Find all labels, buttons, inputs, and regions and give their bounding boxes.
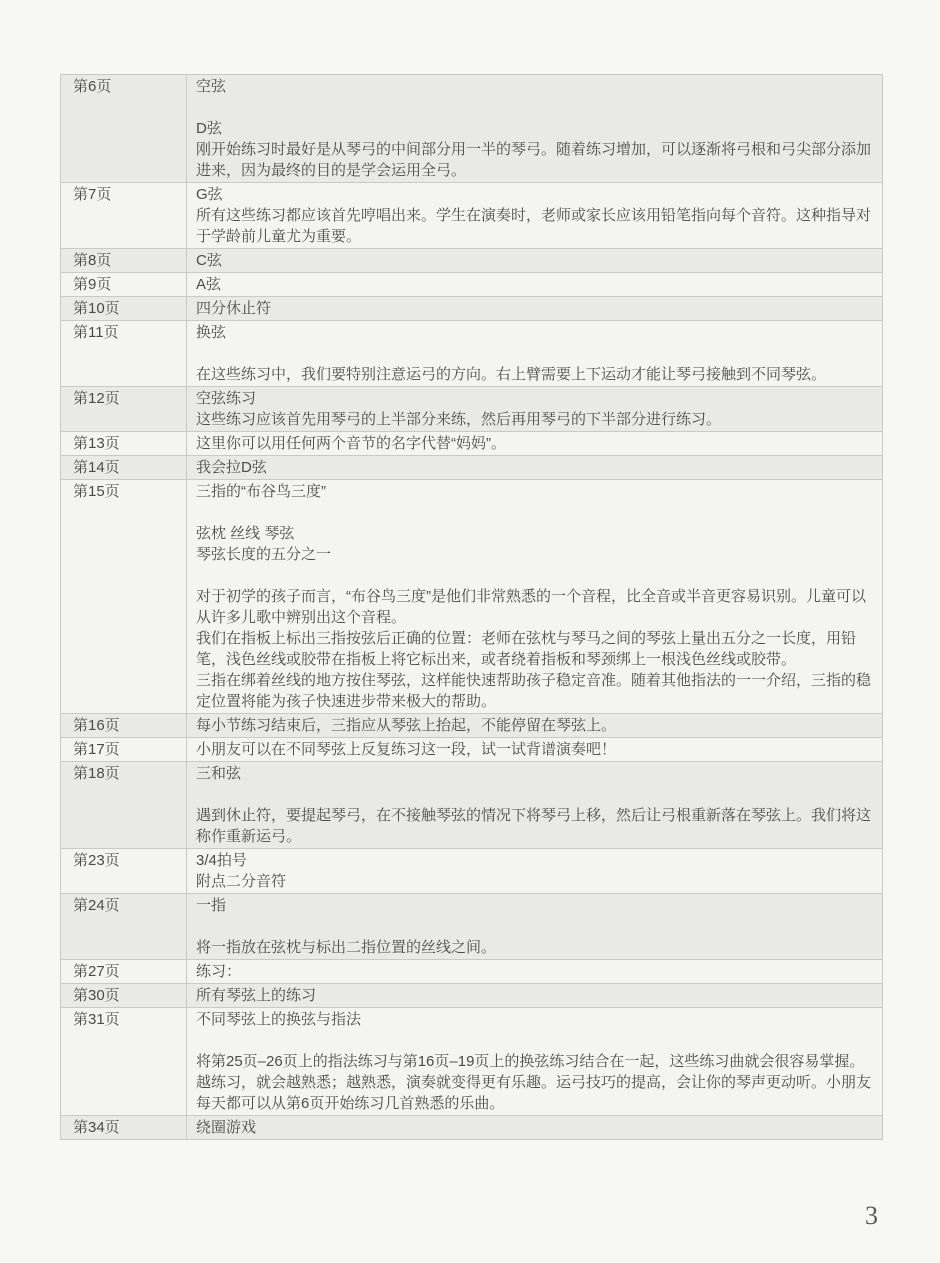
page-ref-cell: 第13页 xyxy=(61,432,187,456)
content-paragraph: 不同琴弦上的换弦与指法 xyxy=(196,1009,873,1030)
page-ref-cell: 第24页 xyxy=(61,894,187,960)
content-paragraph: 三和弦 xyxy=(196,763,873,784)
contents-table: 第6页空弦 D弦刚开始练习时最好是从琴弓的中间部分用一半的琴弓。随着练习增加，可… xyxy=(60,74,883,1140)
page-ref-cell: 第8页 xyxy=(61,249,187,273)
content-paragraph: 换弦 xyxy=(196,322,873,343)
content-cell: 空弦练习这些练习应该首先用琴弓的上半部分来练，然后再用琴弓的下半部分进行练习。 xyxy=(187,387,883,432)
content-cell: 换弦 在这些练习中，我们要特别注意运弓的方向。右上臂需要上下运动才能让琴弓接触到… xyxy=(187,321,883,387)
content-cell: 小朋友可以在不同琴弦上反复练习这一段，试一试背谱演奏吧！ xyxy=(187,738,883,762)
page-ref-cell: 第14页 xyxy=(61,456,187,480)
content-cell: C弦 xyxy=(187,249,883,273)
blank-line xyxy=(196,565,873,586)
page-ref-cell: 第12页 xyxy=(61,387,187,432)
content-cell: 四分休止符 xyxy=(187,297,883,321)
content-paragraph: 这里你可以用任何两个音节的名字代替“妈妈”。 xyxy=(196,433,873,454)
table-row: 第24页一指 将一指放在弦枕与标出二指位置的丝线之间。 xyxy=(61,894,883,960)
table-row: 第8页C弦 xyxy=(61,249,883,273)
table-row: 第18页三和弦 遇到休止符，要提起琴弓，在不接触琴弦的情况下将琴弓上移，然后让弓… xyxy=(61,762,883,849)
table-row: 第6页空弦 D弦刚开始练习时最好是从琴弓的中间部分用一半的琴弓。随着练习增加，可… xyxy=(61,75,883,183)
table-row: 第23页3/4拍号附点二分音符 xyxy=(61,849,883,894)
page-ref-cell: 第34页 xyxy=(61,1116,187,1140)
content-paragraph: 所有琴弦上的练习 xyxy=(196,985,873,1006)
content-paragraph: 遇到休止符，要提起琴弓，在不接触琴弦的情况下将琴弓上移，然后让弓根重新落在琴弦上… xyxy=(196,805,873,847)
content-paragraph: 空弦 xyxy=(196,76,873,97)
page-ref-cell: 第23页 xyxy=(61,849,187,894)
content-cell: 空弦 D弦刚开始练习时最好是从琴弓的中间部分用一半的琴弓。随着练习增加，可以逐渐… xyxy=(187,75,883,183)
page-number: 3 xyxy=(865,1200,878,1232)
table-row: 第34页绕圈游戏 xyxy=(61,1116,883,1140)
page-ref-cell: 第18页 xyxy=(61,762,187,849)
content-cell: G弦所有这些练习都应该首先哼唱出来。学生在演奏时，老师或家长应该用铅笔指向每个音… xyxy=(187,183,883,249)
table-row: 第15页三指的“布谷鸟三度” 弦枕 丝线 琴弦琴弦长度的五分之一 对于初学的孩子… xyxy=(61,480,883,714)
page-ref-cell: 第7页 xyxy=(61,183,187,249)
content-paragraph: A弦 xyxy=(196,274,873,295)
page-ref-cell: 第17页 xyxy=(61,738,187,762)
content-cell: 3/4拍号附点二分音符 xyxy=(187,849,883,894)
content-paragraph: 所有这些练习都应该首先哼唱出来。学生在演奏时，老师或家长应该用铅笔指向每个音符。… xyxy=(196,205,873,247)
blank-line xyxy=(196,916,873,937)
content-paragraph: 练习： xyxy=(196,961,873,982)
page-ref-cell: 第10页 xyxy=(61,297,187,321)
content-paragraph: 每小节练习结束后，三指应从琴弦上抬起，不能停留在琴弦上。 xyxy=(196,715,873,736)
page-ref-cell: 第16页 xyxy=(61,714,187,738)
content-paragraph: 在这些练习中，我们要特别注意运弓的方向。右上臂需要上下运动才能让琴弓接触到不同琴… xyxy=(196,364,873,385)
table-row: 第13页这里你可以用任何两个音节的名字代替“妈妈”。 xyxy=(61,432,883,456)
blank-line xyxy=(196,502,873,523)
content-paragraph: 弦枕 丝线 琴弦 xyxy=(196,523,873,544)
page-ref-cell: 第15页 xyxy=(61,480,187,714)
contents-table-body: 第6页空弦 D弦刚开始练习时最好是从琴弓的中间部分用一半的琴弓。随着练习增加，可… xyxy=(61,75,883,1140)
content-paragraph: 一指 xyxy=(196,895,873,916)
table-row: 第7页G弦所有这些练习都应该首先哼唱出来。学生在演奏时，老师或家长应该用铅笔指向… xyxy=(61,183,883,249)
content-paragraph: 刚开始练习时最好是从琴弓的中间部分用一半的琴弓。随着练习增加，可以逐渐将弓根和弓… xyxy=(196,139,873,181)
blank-line xyxy=(196,784,873,805)
content-cell: 三指的“布谷鸟三度” 弦枕 丝线 琴弦琴弦长度的五分之一 对于初学的孩子而言，“… xyxy=(187,480,883,714)
blank-line xyxy=(196,1030,873,1051)
page-ref-cell: 第27页 xyxy=(61,960,187,984)
content-cell: 每小节练习结束后，三指应从琴弦上抬起，不能停留在琴弦上。 xyxy=(187,714,883,738)
content-cell: A弦 xyxy=(187,273,883,297)
page-ref-cell: 第30页 xyxy=(61,984,187,1008)
content-paragraph: 空弦练习 xyxy=(196,388,873,409)
content-paragraph: 这些练习应该首先用琴弓的上半部分来练，然后再用琴弓的下半部分进行练习。 xyxy=(196,409,873,430)
table-row: 第10页四分休止符 xyxy=(61,297,883,321)
page-ref-cell: 第6页 xyxy=(61,75,187,183)
table-row: 第9页A弦 xyxy=(61,273,883,297)
content-paragraph: 我会拉D弦 xyxy=(196,457,873,478)
table-row: 第31页不同琴弦上的换弦与指法 将第25页–26页上的指法练习与第16页–19页… xyxy=(61,1008,883,1116)
content-cell: 一指 将一指放在弦枕与标出二指位置的丝线之间。 xyxy=(187,894,883,960)
content-paragraph: D弦 xyxy=(196,118,873,139)
content-cell: 我会拉D弦 xyxy=(187,456,883,480)
blank-line xyxy=(196,343,873,364)
content-paragraph: 四分休止符 xyxy=(196,298,873,319)
table-row: 第12页空弦练习这些练习应该首先用琴弓的上半部分来练，然后再用琴弓的下半部分进行… xyxy=(61,387,883,432)
content-cell: 三和弦 遇到休止符，要提起琴弓，在不接触琴弦的情况下将琴弓上移，然后让弓根重新落… xyxy=(187,762,883,849)
page-ref-cell: 第9页 xyxy=(61,273,187,297)
content-cell: 绕圈游戏 xyxy=(187,1116,883,1140)
content-paragraph: 将一指放在弦枕与标出二指位置的丝线之间。 xyxy=(196,937,873,958)
content-paragraph: 3/4拍号 xyxy=(196,850,873,871)
content-cell: 所有琴弦上的练习 xyxy=(187,984,883,1008)
table-row: 第27页练习： xyxy=(61,960,883,984)
scanned-document-page: 第6页空弦 D弦刚开始练习时最好是从琴弓的中间部分用一半的琴弓。随着练习增加，可… xyxy=(0,0,940,1263)
page-ref-cell: 第31页 xyxy=(61,1008,187,1116)
table-row: 第14页我会拉D弦 xyxy=(61,456,883,480)
content-paragraph: 三指在绑着丝线的地方按住琴弦，这样能快速帮助孩子稳定音准。随着其他指法的一一介绍… xyxy=(196,670,873,712)
table-row: 第30页所有琴弦上的练习 xyxy=(61,984,883,1008)
content-paragraph: G弦 xyxy=(196,184,873,205)
table-row: 第16页每小节练习结束后，三指应从琴弦上抬起，不能停留在琴弦上。 xyxy=(61,714,883,738)
content-paragraph: 小朋友可以在不同琴弦上反复练习这一段，试一试背谱演奏吧！ xyxy=(196,739,873,760)
content-paragraph: 附点二分音符 xyxy=(196,871,873,892)
table-row: 第17页小朋友可以在不同琴弦上反复练习这一段，试一试背谱演奏吧！ xyxy=(61,738,883,762)
page-ref-cell: 第11页 xyxy=(61,321,187,387)
content-cell: 这里你可以用任何两个音节的名字代替“妈妈”。 xyxy=(187,432,883,456)
content-cell: 不同琴弦上的换弦与指法 将第25页–26页上的指法练习与第16页–19页上的换弦… xyxy=(187,1008,883,1116)
content-paragraph: 将第25页–26页上的指法练习与第16页–19页上的换弦练习结合在一起，这些练习… xyxy=(196,1051,873,1114)
blank-line xyxy=(196,97,873,118)
content-paragraph: 对于初学的孩子而言，“布谷鸟三度”是他们非常熟悉的一个音程，比全音或半音更容易识… xyxy=(196,586,873,628)
content-paragraph: 三指的“布谷鸟三度” xyxy=(196,481,873,502)
content-paragraph: 绕圈游戏 xyxy=(196,1117,873,1138)
content-paragraph: 我们在指板上标出三指按弦后正确的位置：老师在弦枕与琴马之间的琴弦上量出五分之一长… xyxy=(196,628,873,670)
content-cell: 练习： xyxy=(187,960,883,984)
content-paragraph: C弦 xyxy=(196,250,873,271)
table-row: 第11页换弦 在这些练习中，我们要特别注意运弓的方向。右上臂需要上下运动才能让琴… xyxy=(61,321,883,387)
content-paragraph: 琴弦长度的五分之一 xyxy=(196,544,873,565)
